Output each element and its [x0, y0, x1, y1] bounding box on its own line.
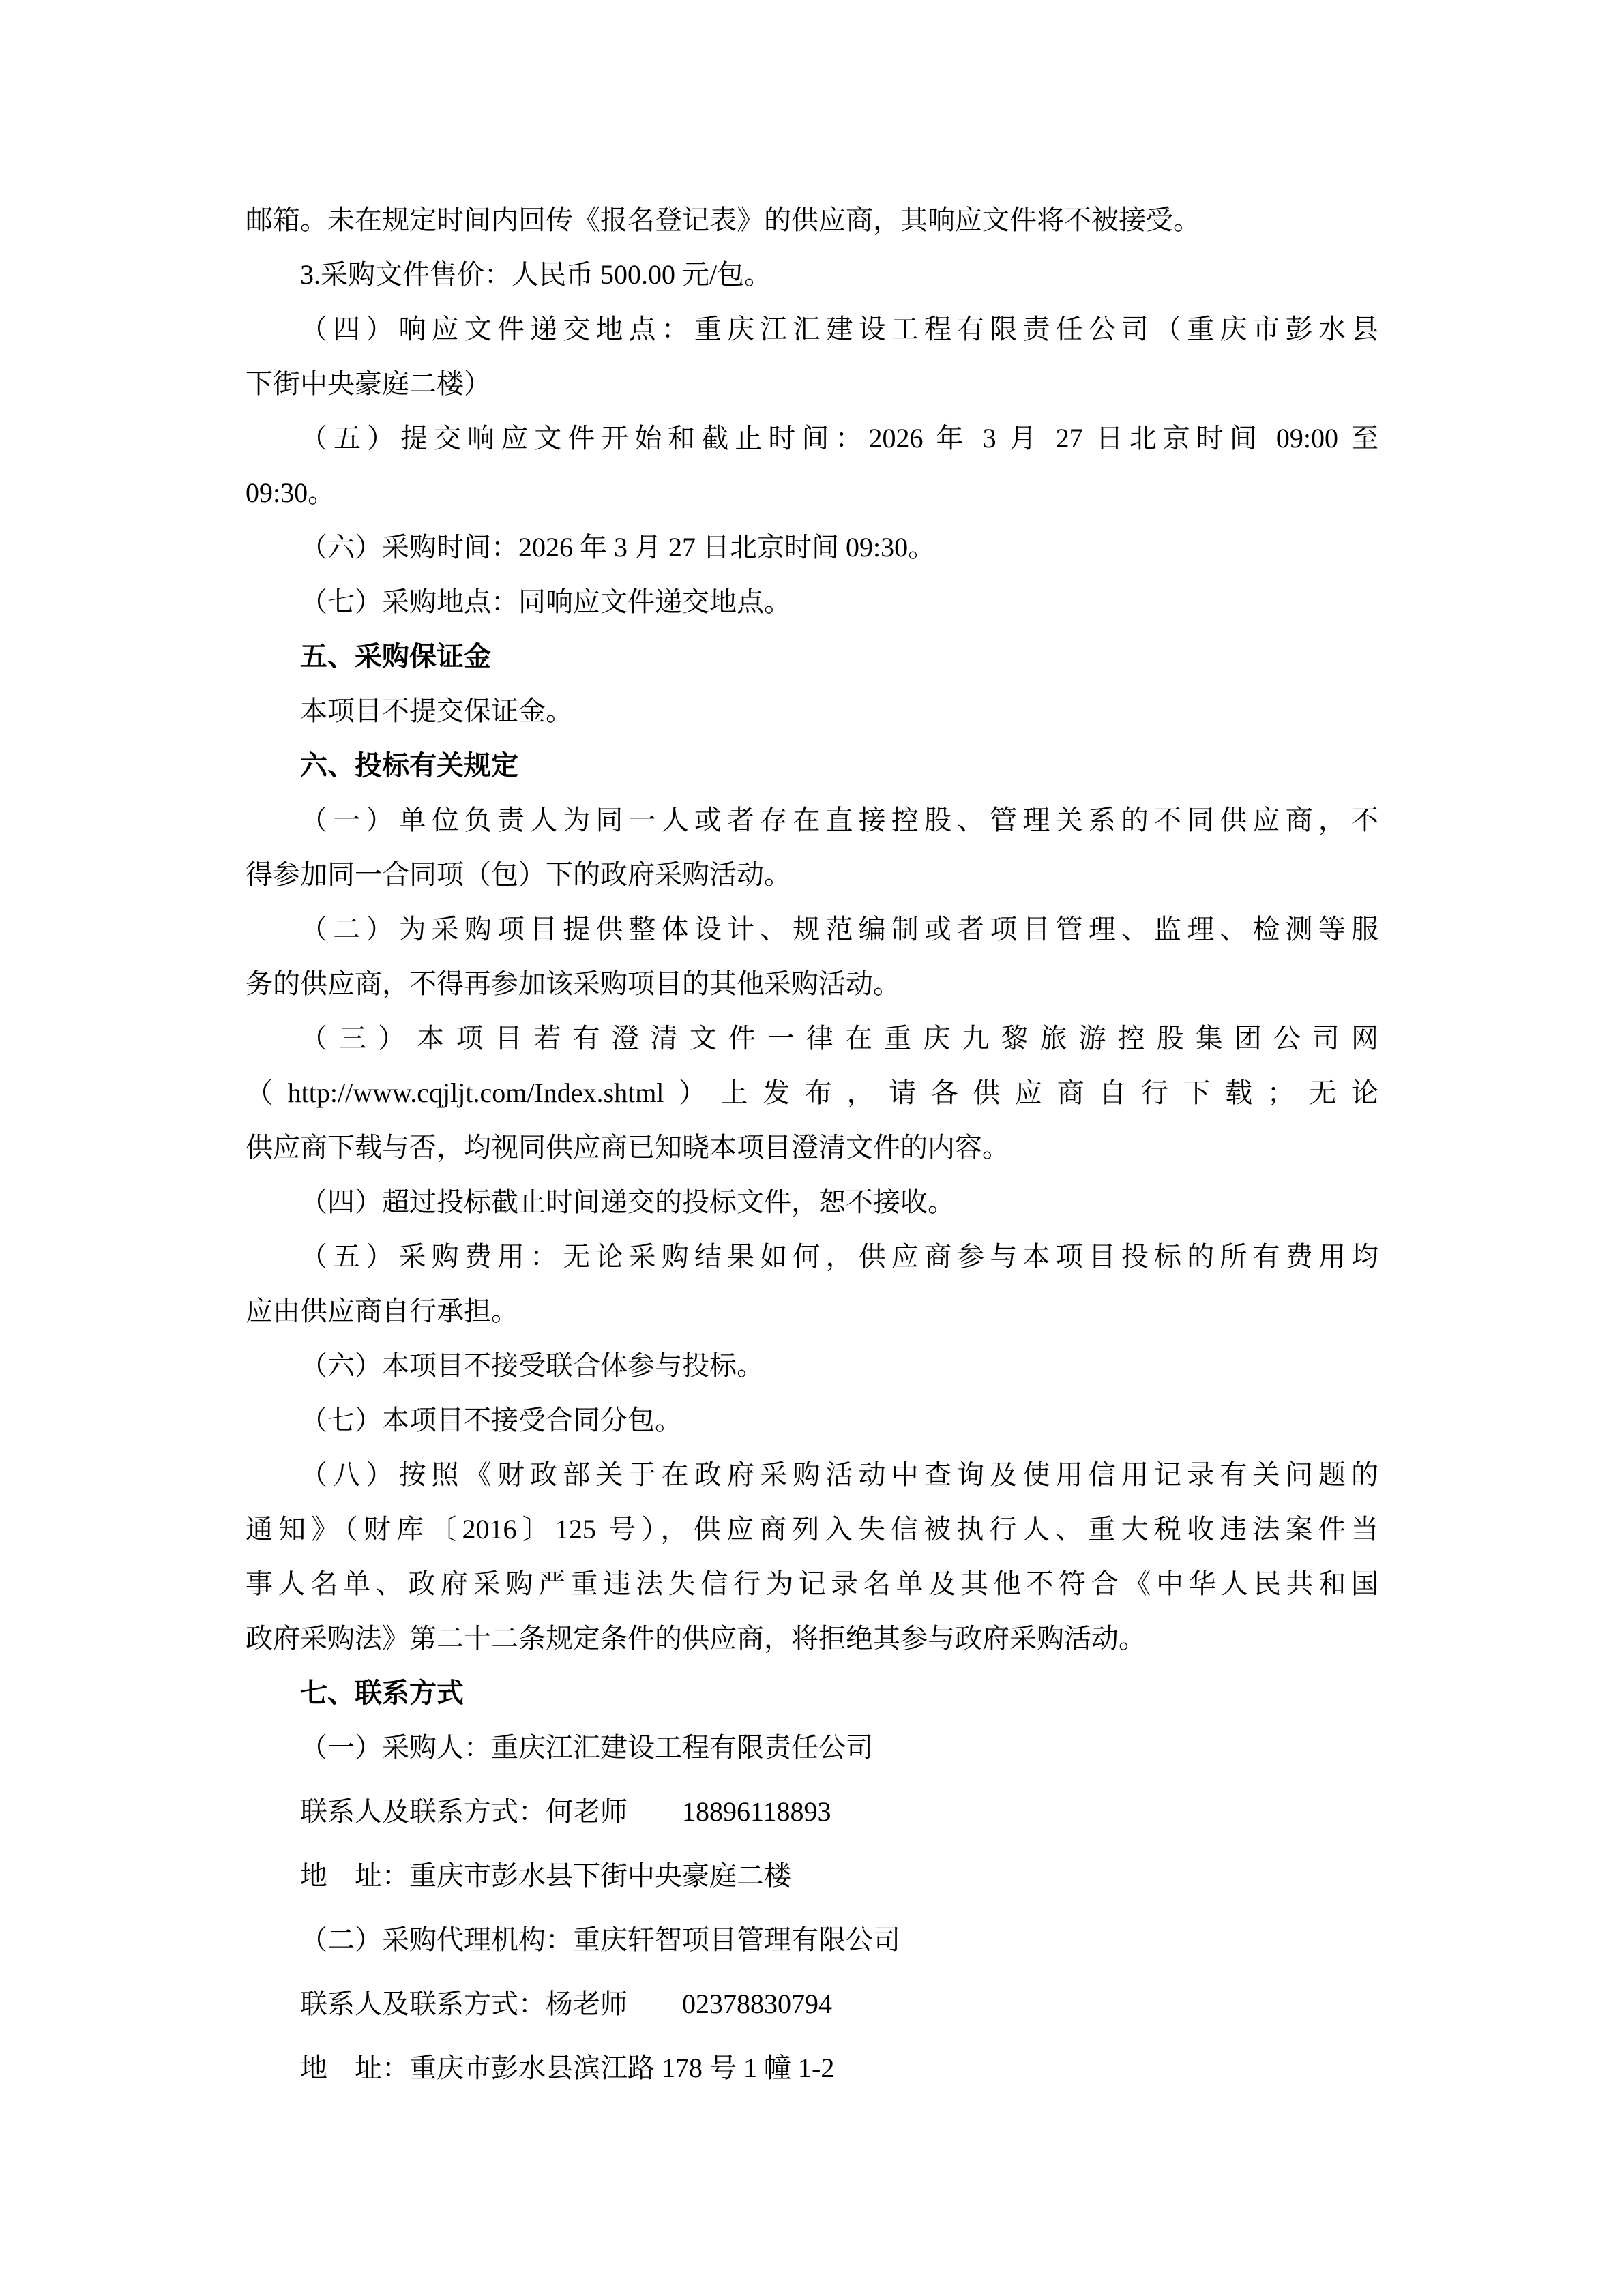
heading-section-7-contact: 七、联系方式: [246, 1666, 1378, 1720]
line-rule-8d: 政府采购法》第二十二条规定条件的供应商，将拒绝其参与政府采购活动。: [246, 1611, 1378, 1666]
line-purchaser-address: 地 址：重庆市彭水县下街中央豪庭二楼: [246, 1849, 1378, 1903]
line-rule-7: （七）本项目不接受合同分包。: [246, 1393, 1378, 1448]
line-rule-1b: 得参加同一合同项（包）下的政府采购活动。: [246, 848, 1378, 902]
line-procurement-location: （七）采购地点：同响应文件递交地点。: [246, 575, 1378, 629]
line-rule-3a: （三）本项目若有澄清文件一律在重庆九黎旅游控股集团公司网: [246, 1011, 1378, 1066]
line-purchaser: （一）采购人：重庆江汇建设工程有限责任公司: [246, 1720, 1378, 1775]
line-rule-8c: 事人名单、政府采购严重违法失信行为记录名单及其他不符合《中华人民共和国: [246, 1557, 1378, 1611]
line-rule-2a: （二）为采购项目提供整体设计、规范编制或者项目管理、监理、检测等服: [246, 902, 1378, 957]
line-rule-5b: 应由供应商自行承担。: [246, 1284, 1378, 1339]
heading-section-5-deposit: 五、采购保证金: [246, 629, 1378, 684]
line-rule-2b: 务的供应商，不得再参加该采购项目的其他采购活动。: [246, 957, 1378, 1011]
line-agency-address: 地 址：重庆市彭水县滨江路 178 号 1 幢 1-2: [246, 2041, 1378, 2096]
line-rule-8a: （八）按照《财政部关于在政府采购活动中查询及使用信用记录有关问题的: [246, 1448, 1378, 1502]
line-rule-3c: 供应商下载与否，均视同供应商已知晓本项目澄清文件的内容。: [246, 1120, 1378, 1175]
line-rule-8b: 通知》（财库〔2016〕125 号），供应商列入失信被执行人、重大税收违法案件当: [246, 1502, 1378, 1557]
line-purchaser-contact: 联系人及联系方式：何老师 18896118893: [246, 1785, 1378, 1839]
line-rule-1a: （一）单位负责人为同一人或者存在直接控股、管理关系的不同供应商，不: [246, 793, 1378, 848]
line-rule-5a: （五）采购费用：无论采购结果如何，供应商参与本项目投标的所有费用均: [246, 1229, 1378, 1284]
line-agency-contact: 联系人及联系方式：杨老师 02378830794: [246, 1977, 1378, 2031]
document-page: 邮箱。未在规定时间内回传《报名登记表》的供应商，其响应文件将不被接受。 3.采购…: [0, 0, 1624, 2296]
line-submission-address-2: 下街中央豪庭二楼）: [246, 357, 1378, 411]
line-procurement-time: （六）采购时间：2026 年 3 月 27 日北京时间 09:30。: [246, 520, 1378, 575]
line-submission-time-1: （五）提交响应文件开始和截止时间：2026 年 3 月 27 日北京时间 09:…: [246, 411, 1378, 466]
line-submission-address-1: （四）响应文件递交地点：重庆江汇建设工程有限责任公司（重庆市彭水县: [246, 302, 1378, 357]
line-rule-4: （四）超过投标截止时间递交的投标文件，恕不接收。: [246, 1175, 1378, 1229]
line-rule-6: （六）本项目不接受联合体参与投标。: [246, 1339, 1378, 1393]
line-agency: （二）采购代理机构：重庆轩智项目管理有限公司: [246, 1913, 1378, 1967]
line-submission-time-2: 09:30。: [246, 466, 1378, 520]
line-document-price: 3.采购文件售价：人民币 500.00 元/包。: [246, 248, 1378, 302]
line-no-deposit: 本项目不提交保证金。: [246, 684, 1378, 739]
line-email-note: 邮箱。未在规定时间内回传《报名登记表》的供应商，其响应文件将不被接受。: [246, 193, 1378, 248]
heading-section-6-bid-rules: 六、投标有关规定: [246, 739, 1378, 793]
line-rule-3b-url: （http://www.cqjljt.com/Index.shtml）上发布，请…: [246, 1066, 1378, 1120]
